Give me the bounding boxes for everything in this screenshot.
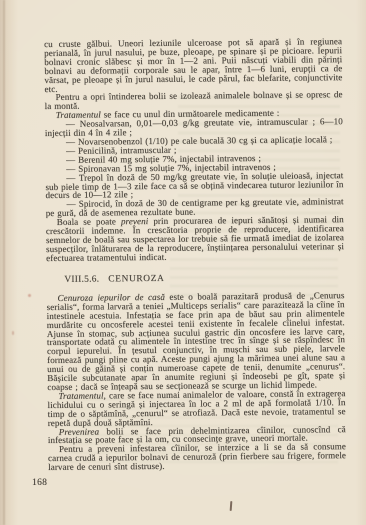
section-number: VIII.5.6. — [64, 274, 99, 284]
list-item-trepol: — Trepol în doză de 50 mg/kg greutate vi… — [45, 171, 343, 201]
page-number: 168 — [32, 478, 47, 488]
stray-mark — [230, 501, 232, 511]
paragraph-crusts-continuation: cu cruste gălbui. Uneori leziunile ulcer… — [44, 37, 342, 93]
scanned-book-page: cu cruste gălbui. Uneori leziunile ulcer… — [0, 0, 366, 525]
section-heading: VIII.5.6.CENUROZA — [46, 273, 344, 285]
scan-speck — [12, 331, 14, 335]
section-title: CENUROZA — [108, 274, 164, 285]
page-binding-edge — [3, 0, 5, 525]
scan-speck — [118, 211, 120, 213]
paragraph-cenuroza-description: Cenuroza iepurilor de casă este o boală … — [46, 291, 345, 392]
scan-speck — [28, 294, 31, 297]
paragraph-cenuroza-treatment: Tratamentul, care se face numai animalel… — [47, 389, 345, 427]
paragraph-dog-feeding-ban: Pentru a preveni infestarea cîinilor, se… — [48, 442, 346, 472]
page-text-block: cu cruste gălbui. Uneori leziunile ulcer… — [44, 37, 346, 472]
paragraph-prevention-purchase: Boala se poate preveni prin procurarea d… — [46, 215, 344, 262]
